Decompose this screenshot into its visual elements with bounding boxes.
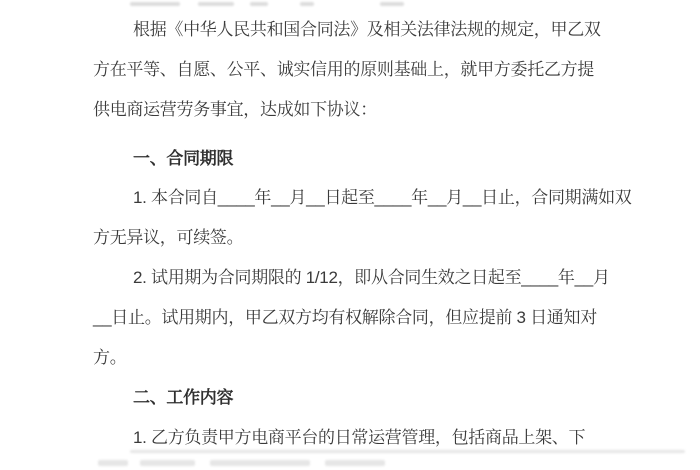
section-heading-contract-term: 一、合同期限 — [133, 148, 233, 170]
cutoff-text-bottom — [325, 460, 385, 466]
preamble-line: 方在平等、自愿、公平、诚实信用的原则基础上，就甲方委托乙方提 — [93, 59, 594, 81]
clause-line: 1. 本合同自____年__月__日起至____年__月__日止，合同期满如双 — [133, 187, 631, 209]
cutoff-text-bottom — [98, 460, 128, 466]
clause-line: 1. 乙方负责甲方电商平台的日常运营管理，包括商品上架、下 — [133, 427, 585, 449]
clause-line: 2. 试用期为合同期限的 1/12，即从合同生效之日起至____年__月 — [133, 267, 610, 289]
cutoff-text-top — [250, 2, 268, 6]
cutoff-text-bottom — [140, 460, 195, 466]
cutoff-text-top — [198, 2, 234, 6]
clause-line: __日止。试用期内，甲乙双方均有权解除合同，但应提前 3 日通知对 — [93, 307, 597, 329]
contract-document-page: 根据《中华人民共和国合同法》及相关法律法规的规定，甲乙双 方在平等、自愿、公平、… — [0, 0, 700, 470]
section-heading-work-content: 二、工作内容 — [133, 387, 233, 409]
clause-line: 方。 — [93, 347, 126, 369]
clause-line: 方无异议，可续签。 — [93, 227, 243, 249]
cutoff-text-bottom — [210, 460, 310, 466]
preamble-line: 供电商运营劳务事宜，达成如下协议： — [93, 99, 377, 121]
cutoff-text-top — [300, 2, 314, 6]
cutoff-text-top — [130, 2, 180, 6]
cutoff-text-bottom — [130, 450, 685, 453]
preamble-line: 根据《中华人民共和国合同法》及相关法律法规的规定，甲乙双 — [133, 19, 601, 41]
cutoff-text-top — [380, 2, 404, 6]
